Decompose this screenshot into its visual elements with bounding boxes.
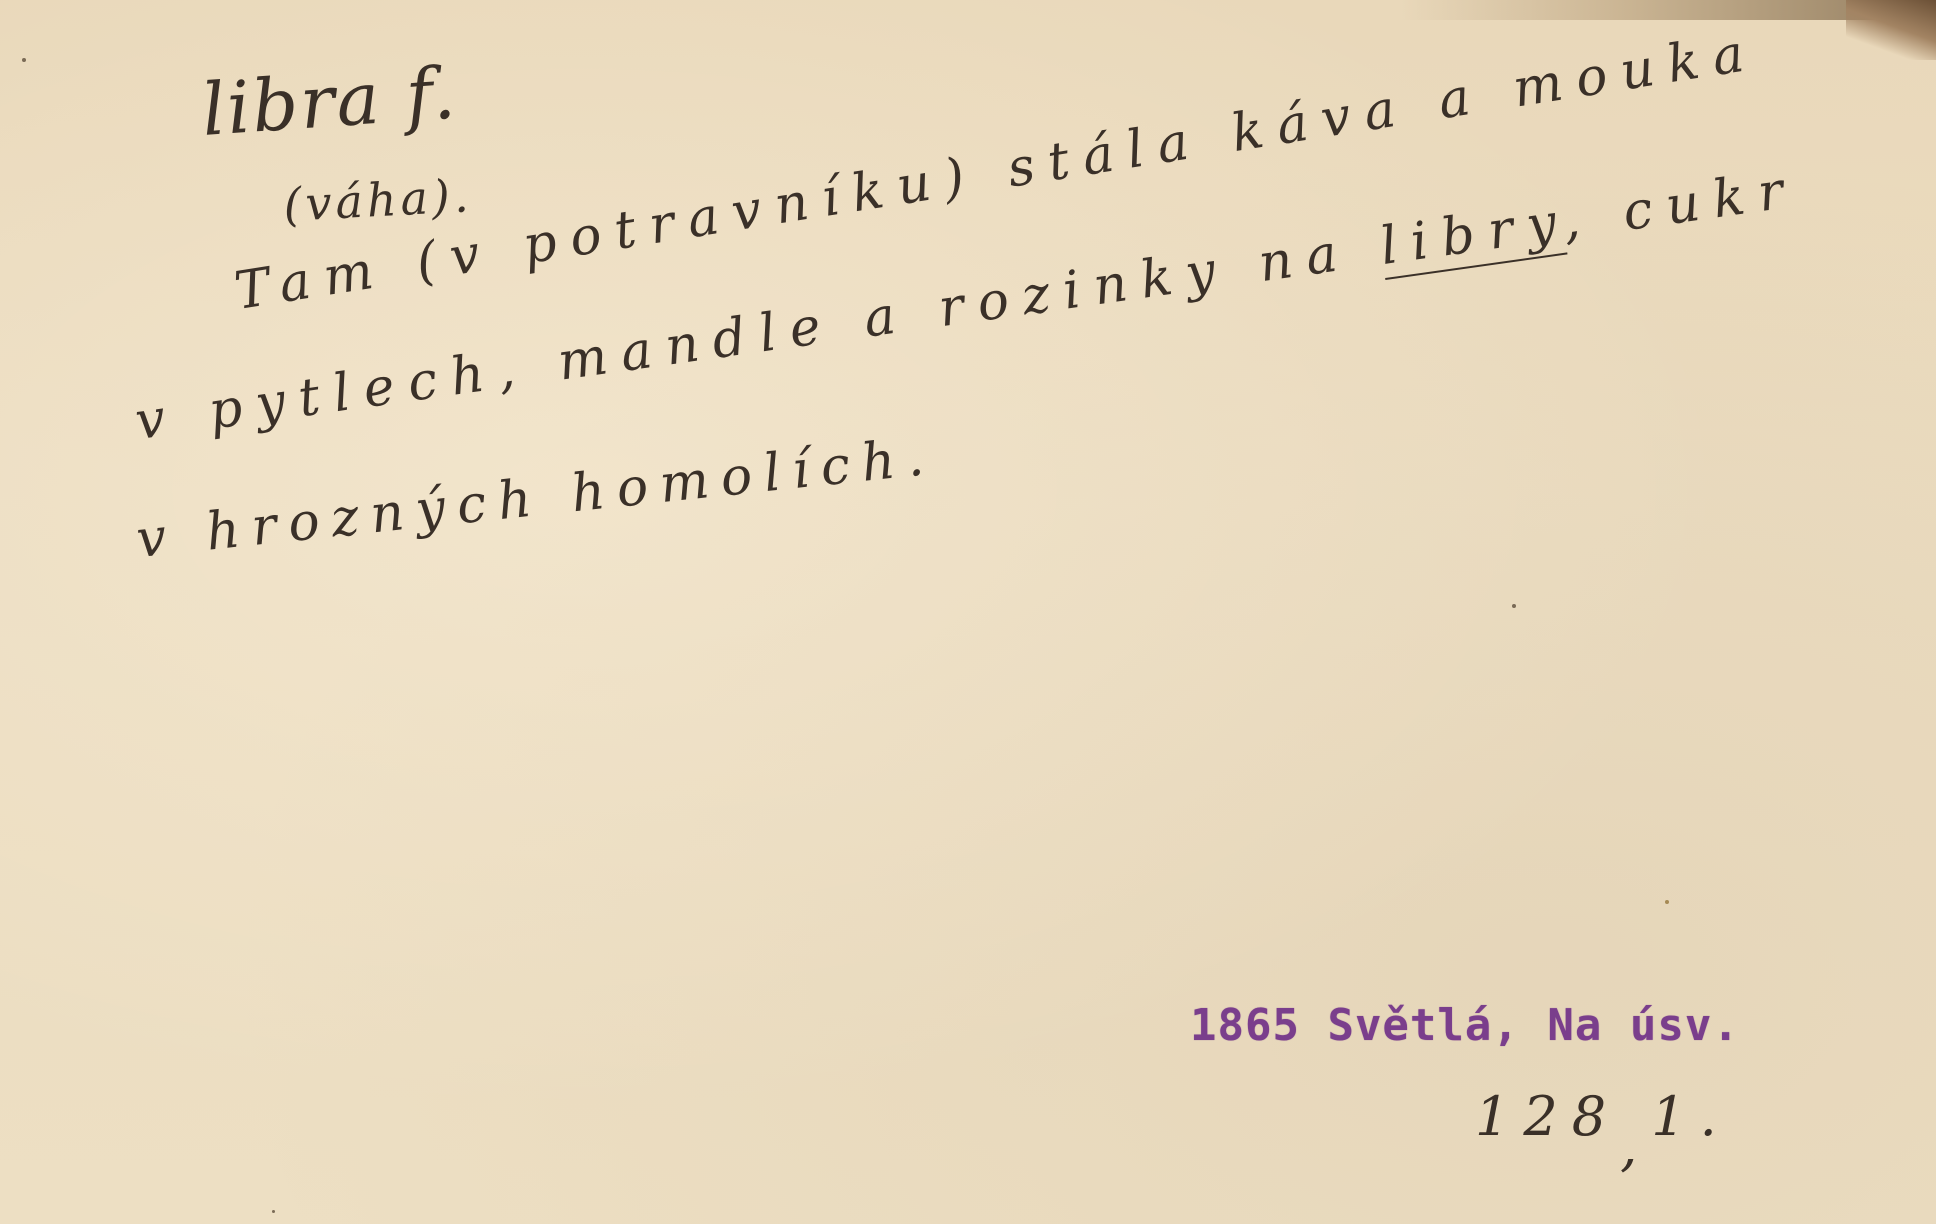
reference-page: 128 [1475,1085,1620,1148]
paper-speck [22,58,26,62]
underlined-keyword: libry [1377,192,1567,277]
reference-line: 1. [1651,1085,1731,1148]
paper-speck [272,1210,275,1213]
index-card: libra f. (váha). Tam (v potravníku) stál… [0,0,1936,1224]
source-stamp: 1865 Světlá, Na úsv. [1190,1000,1740,1051]
reference-separator: , [1620,1115,1651,1178]
paper-speck [1512,604,1516,608]
paper-speck [1665,900,1669,904]
card-corner-shadow [1846,0,1936,60]
gloss: (váha). [282,168,474,232]
example-line-2-post: , cukr [1559,159,1801,251]
example-line-3: v hrozných homolích. [134,426,939,570]
page-reference: 128,1. [1475,1085,1731,1148]
headword: libra f. [199,50,460,152]
